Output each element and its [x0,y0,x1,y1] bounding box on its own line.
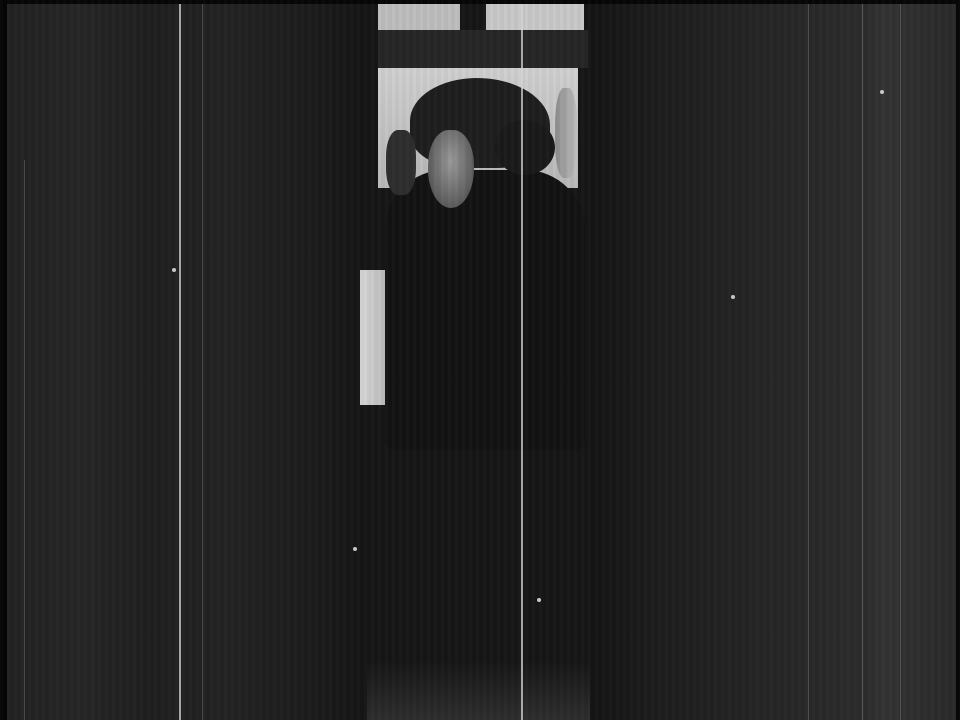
film-frame [0,0,960,720]
grinning-face [428,130,474,208]
dust-speck [537,598,541,602]
frame-border-top [0,0,960,4]
film-scratch [862,4,863,720]
wooden-wall-right [590,4,956,720]
film-scratch [24,160,25,720]
hat-brim [495,120,555,175]
film-scratch [808,4,809,720]
dust-speck [172,268,176,272]
wooden-wall-left [7,4,367,720]
window-crossbar [378,30,588,68]
dust-speck [731,295,735,299]
frame-border-left [0,0,7,720]
raised-hand-left [386,130,416,195]
dust-speck [353,547,357,551]
film-scratch [202,4,203,720]
figure-body [385,170,585,450]
dust-speck [880,90,884,94]
transom-window-left [378,4,460,30]
frame-border-right [956,0,960,720]
floor-glow [367,660,590,720]
film-scratch [521,4,523,720]
film-scratch [179,4,181,720]
raised-hand-right [555,88,577,178]
film-scratch [900,4,901,720]
